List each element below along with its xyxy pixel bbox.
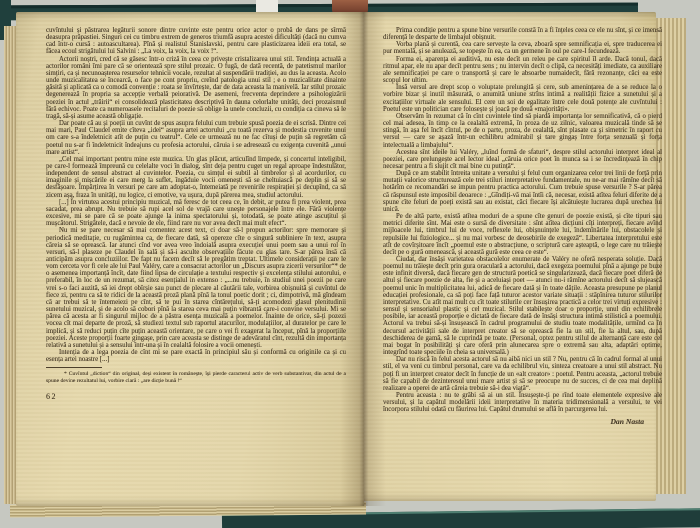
paragraph: Intenția de a lega poezia de cînt mi se … <box>46 349 346 363</box>
paragraph: Însă versul are drept scop o voluptate p… <box>383 84 662 113</box>
paragraph: Prima condiție pentru a spune bine versu… <box>383 27 662 41</box>
paragraph: [...] În virtutea acestui principiu muzi… <box>46 199 346 228</box>
paragraph: Observăm în rezumat că în cînt cuvintele… <box>383 113 662 149</box>
paragraph: Pe de altă parte, există atîtea moduri d… <box>383 213 662 256</box>
paragraph: Forma ei, aparența ei auditivă, nu este … <box>383 56 662 85</box>
page-number: 62 <box>46 393 346 400</box>
paragraph: cuvîntului și păstrarea legăturii sonore… <box>46 27 346 56</box>
paragraph: Actorii noștri, cred că se găsesc într-o… <box>46 56 346 120</box>
paragraph: Nu mi se pare necesar să mai comentez ac… <box>46 227 346 349</box>
paragraph: Pentru aceasta : nu te grăbi să ai un st… <box>383 392 662 413</box>
paragraph: Vorba plană și curentă, cea care serveșt… <box>383 41 662 55</box>
paragraph: Ciudat, dar însăși varietatea obstacolel… <box>383 256 662 356</box>
paragraph: După ce am stabilit întreita unitate a v… <box>383 170 662 213</box>
book-photo: cuvîntului și păstrarea legăturii sonore… <box>0 0 700 528</box>
left-page-text: cuvîntului și păstrarea legăturii sonore… <box>46 27 346 400</box>
paragraph: Dar poate că au și poeții un cuvînt de s… <box>46 120 346 156</box>
author-signature: Dan Nasta <box>383 418 662 425</box>
footnote: * Cuvîntul „diction“ din original, deși … <box>46 371 346 384</box>
right-page-text: Prima condiție pentru a spune bine versu… <box>383 27 662 426</box>
footnote-rule <box>46 367 102 368</box>
paragraph: Dar nu riscă în felul acesta actorul să … <box>383 356 662 392</box>
paragraph: „Cel mai important pentru mine este muzi… <box>46 156 346 199</box>
paragraph: Acestea sînt ideile lui Valéry, „luînd f… <box>383 149 662 170</box>
page-gutter-shadow <box>340 12 386 506</box>
